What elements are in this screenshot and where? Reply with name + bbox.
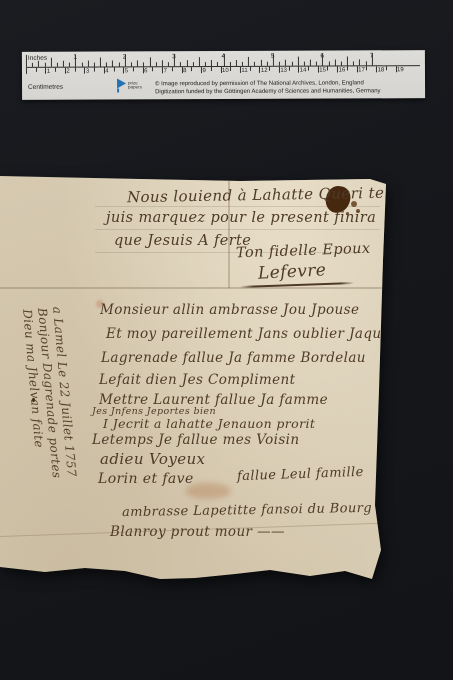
letter-line: Blanroy prout mour ——: [110, 524, 285, 540]
photo-stage: Inches 123456712345678910111213141516171…: [0, 0, 453, 680]
fold-crease-horizontal: [0, 287, 385, 289]
letter-line: que Jesuis A ferte: [114, 233, 251, 249]
letter-line: ambrasse Lapetitte fansoi du Bourg: [122, 501, 372, 520]
faint-rule: [95, 229, 380, 230]
letter-signature: Lefevre: [258, 260, 327, 284]
letter-line: Et moy pareillement Jans oublier Jaquin: [106, 326, 395, 342]
letter-line: Lefait dien Jes Compliment: [99, 372, 295, 388]
letter-line: Letemps Je fallue mes Voisin: [92, 432, 299, 448]
letter-paper-wrap: Nous louiend à Lahatte Queri te juis mar…: [0, 0, 453, 680]
letter-line: I Jecrit a lahatte Jenauon prorit: [103, 416, 315, 431]
letter-paper: Nous louiend à Lahatte Queri te juis mar…: [0, 0, 453, 680]
letter-line: Monsieur allin ambrasse Jou Jpouse: [100, 302, 359, 318]
letter-line: Lorin et fave: [98, 471, 194, 487]
letter-line: juis marquez pour le present finira: [106, 210, 376, 226]
letter-line: Lagrenade fallue Ja famme Bordelau: [101, 350, 366, 366]
letter-line: fallue Leul famille: [237, 465, 364, 484]
margin-note-block: a Lamel Le 22 Juillet 1757 Bonjour Dagre…: [19, 306, 79, 480]
letter-closing: Ton fidelle Epoux: [236, 241, 371, 262]
letter-line: adieu Voyeux: [100, 450, 205, 468]
